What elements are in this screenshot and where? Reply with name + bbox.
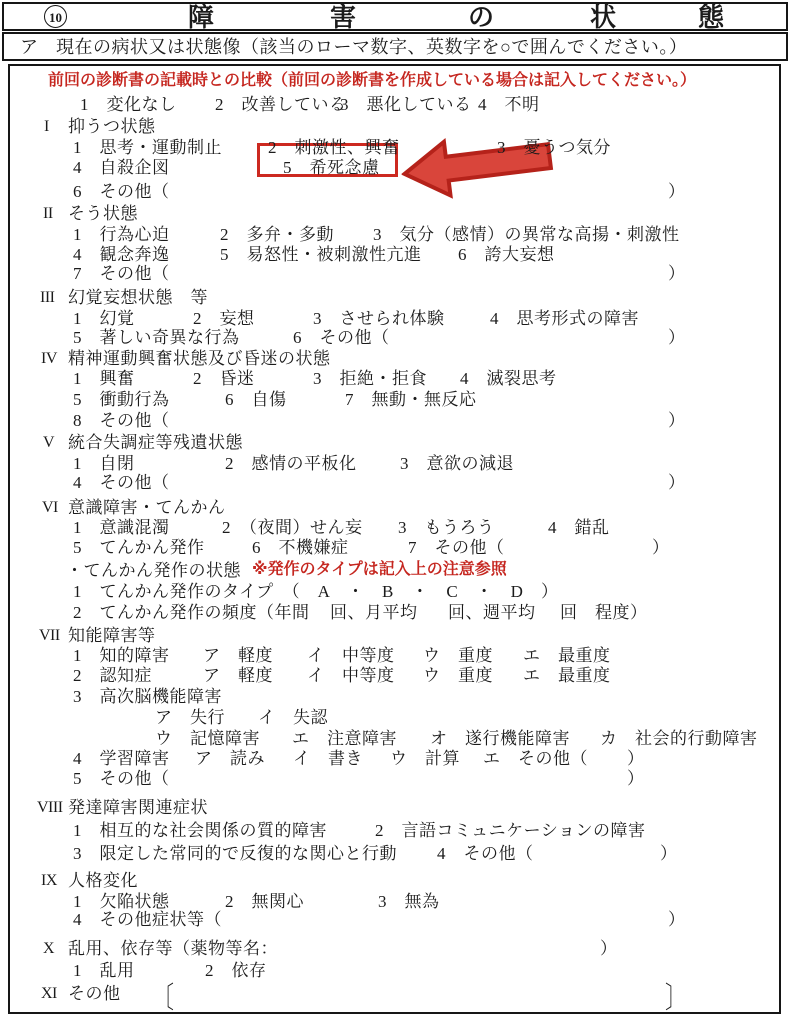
section-III-line-segment: 4 思考形式の障害 — [490, 308, 639, 329]
section-V-line-segment: 統合失調症等残遺状態 — [68, 432, 243, 453]
section-VI-line-segment: 回、週平均 — [448, 602, 536, 623]
section-VII-line-segment: ） — [627, 768, 645, 789]
section-VII-line-segment: ウ 記憶障害 — [155, 728, 260, 749]
section-XI-line-segment: XI — [41, 983, 57, 1004]
section-V-line-segment: 1 自閉 — [73, 453, 135, 474]
section-VI-line-segment: 3 もうろう — [398, 517, 495, 538]
section-VIII-line-segment: 発達障害関連症状 — [68, 797, 208, 818]
section-XI-line-segment: その他 — [68, 983, 121, 1004]
section-I-line-segment: 6 その他（ — [73, 181, 170, 202]
diagnosis-form-page: 10 障害の状態ア現在の病状又は状態像（該当のローマ数字、英数字を○で囲んでくだ… — [0, 0, 791, 1024]
section-X-line-segment: ） — [600, 938, 618, 959]
section-II-line-segment: 7 その他（ — [73, 263, 170, 284]
section-VII-line-segment: エ その他（ — [483, 748, 588, 769]
section-IV-line-segment: 6 自傷 — [225, 389, 287, 410]
section-VII-line-segment: ウ 重度 — [423, 645, 493, 666]
section-II-line-segment: 1 行為心迫 — [73, 224, 170, 245]
section-VI-line-segment: ・てんかん発作の状態 — [66, 560, 241, 581]
section-III-line-segment: 6 その他（ — [293, 327, 390, 348]
section-IV-line-segment: IV — [41, 348, 57, 369]
section-V-line-segment: 2 感情の平板化 — [225, 453, 357, 474]
section-VI-line-segment: VI — [42, 497, 58, 518]
header-title-box — [2, 2, 788, 31]
comparison-line-segment: 4 不明 — [478, 94, 540, 115]
section-VII-line-segment: オ 遂行機能障害 — [430, 728, 570, 749]
section-VI-line-segment: 7 その他（ — [408, 537, 505, 558]
section-VII-line-segment: ア 軽度 — [203, 665, 273, 686]
section-III-line-segment: 3 させられ体験 — [313, 308, 445, 329]
section-VI-line-segment: 1 てんかん発作のタイプ （ A ・ B ・ C ・ D ） — [73, 581, 558, 602]
section-II-line-segment: 3 気分（感情）の異常な高揚・刺激性 — [373, 224, 680, 245]
section-XI-line-segment: 〔 — [152, 983, 175, 1011]
subheader-segment: ア — [20, 37, 39, 58]
section-X-line-segment: 1 乱用 — [73, 960, 135, 981]
section-XI-line-segment: 〕 — [665, 983, 688, 1011]
section-X-line-segment: 2 依存 — [205, 960, 267, 981]
comparison-line-segment: 2 改善している — [215, 94, 347, 115]
section-VI-line-segment: 1 意識混濁 — [73, 517, 170, 538]
section-VIII-line-segment: VIII — [37, 797, 63, 818]
section-I-line-segment: 4 自殺企図 — [73, 157, 170, 178]
section-V-line-segment: ） — [668, 472, 686, 493]
section-VIII-line-segment: 1 相互的な社会関係の質的障害 — [73, 820, 327, 841]
section-IV-line-segment: ） — [668, 410, 686, 431]
header-title-segment: 障 — [188, 4, 215, 31]
section-VII-line-segment: 4 学習障害 — [73, 748, 170, 769]
section-I-line-segment: 3 憂うつ気分 — [497, 137, 611, 158]
section-I-line-segment: 1 思考・運動制止 — [73, 137, 222, 158]
section-VI-line-segment: ） — [652, 537, 670, 558]
section-II-line-segment: 4 観念奔逸 — [73, 244, 170, 265]
section-VII-line-segment: ウ 重度 — [423, 665, 493, 686]
section-IV-line-segment: 3 拒絶・拒食 — [313, 368, 427, 389]
section-II-line-segment: II — [43, 203, 53, 224]
section-VII-line-segment: ア 失行 — [155, 707, 225, 728]
section-V-line-segment: 4 その他（ — [73, 472, 170, 493]
section-VIII-line-segment: 4 その他（ — [437, 843, 534, 864]
section-I-line-segment: ） — [668, 181, 686, 202]
section-VII-line-segment: イ 中等度 — [307, 665, 395, 686]
section-VII-line-segment: 3 高次脳機能障害 — [73, 686, 222, 707]
section-IX-line-segment: IX — [41, 870, 57, 891]
section-I-line-segment: 5 希死念慮 — [283, 157, 380, 178]
section-VII-line-segment: 知能障害等 — [68, 625, 156, 646]
section-VII-line-segment: ） — [627, 748, 645, 769]
header-title-segment: 状 — [590, 4, 617, 31]
section-VII-line-segment: ア 読み — [195, 748, 265, 769]
section-VII-line-segment: イ 失認 — [258, 707, 328, 728]
header-title-segment: 態 — [698, 4, 725, 31]
section-IV-line-segment: 7 無動・無反応 — [345, 389, 477, 410]
section-VIII-line-segment: 3 限定した常同的で反復的な関心と行動 — [73, 843, 397, 864]
section-VII-line-segment: 1 知的障害 — [73, 645, 170, 666]
section-IV-line-segment: 2 昏迷 — [193, 368, 255, 389]
section-II-line-segment: ） — [668, 263, 686, 284]
section-III-line-segment: 幻覚妄想状態 等 — [68, 287, 208, 308]
header-title-segment: の — [468, 4, 495, 31]
section-VI-line-segment: 6 不機嫌症 — [252, 537, 349, 558]
section-III-line-segment: ） — [668, 327, 686, 348]
section-IV-line-segment: 4 滅裂思考 — [460, 368, 557, 389]
section-X-line-segment: X — [43, 938, 54, 959]
section-II-line-segment: 5 易怒性・被刺激性亢進 — [220, 244, 422, 265]
section-IX-line-segment: 2 無関心 — [225, 891, 304, 912]
section-VI-line-segment: ※発作のタイプは記入上の注意参照 — [252, 560, 507, 580]
section-III-line-segment: 1 幻覚 — [73, 308, 135, 329]
section-VII-line-segment: エ 注意障害 — [292, 728, 397, 749]
section-VII-line-segment: エ 最重度 — [523, 645, 611, 666]
section-I-line-segment: 2 刺激性、興奮 — [268, 137, 400, 158]
subheader-segment: 現在の病状又は状態像（該当のローマ数字、英数字を○で囲んでください。） — [56, 37, 687, 58]
section-VII-line-segment: ア 軽度 — [203, 645, 273, 666]
section-VI-line-segment: 意識障害・てんかん — [68, 497, 226, 518]
section-VII-line-segment: VII — [39, 625, 60, 646]
header-title-segment: 害 — [330, 4, 357, 31]
section-VII-line-segment: イ 書き — [293, 748, 363, 769]
comparison-line-segment: 1 変化なし — [80, 94, 177, 115]
section-II-line-segment: 2 多弁・多動 — [220, 224, 334, 245]
section-III-line-segment: III — [40, 287, 54, 308]
section-I-line-segment: 抑うつ状態 — [68, 116, 156, 137]
section-VI-line-segment: 4 錯乱 — [548, 517, 610, 538]
section-II-line-segment: 6 誇大妄想 — [458, 244, 555, 265]
section-I-line-segment: I — [44, 116, 49, 137]
section-VIII-line-segment: 2 言語コミュニケーションの障害 — [375, 820, 645, 841]
section-IV-line-segment: 精神運動興奮状態及び昏迷の状態 — [68, 348, 331, 369]
comparison-line-segment: 3 悪化している — [340, 94, 472, 115]
section-VI-line-segment: 回 程度） — [560, 602, 648, 623]
section-VI-line-segment: 2 （夜間）せん妄 — [222, 517, 363, 538]
section-VIII-line-segment: ） — [660, 843, 678, 864]
section-IX-line-segment: 4 その他症状等（ — [73, 909, 222, 930]
section-number-badge: 10 — [44, 5, 67, 28]
section-VI-line-segment: 2 てんかん発作の頻度（年間 — [73, 602, 310, 623]
section-IX-line-segment: 人格変化 — [68, 870, 138, 891]
comparison-line-segment: 前回の診断書の記載時との比較（前回の診断書を作成している場合は記入してください。… — [48, 71, 696, 91]
section-VII-line-segment: ウ 計算 — [390, 748, 460, 769]
section-VII-line-segment: 5 その他（ — [73, 768, 170, 789]
section-IV-line-segment: 8 その他（ — [73, 410, 170, 431]
section-VI-line-segment: 回、月平均 — [330, 602, 418, 623]
section-II-line-segment: そう状態 — [68, 203, 138, 224]
section-VII-line-segment: エ 最重度 — [523, 665, 611, 686]
section-X-line-segment: 乱用、依存等（薬物等名： — [68, 938, 278, 959]
section-IV-line-segment: 1 興奮 — [73, 368, 135, 389]
section-VI-line-segment: 5 てんかん発作 — [73, 537, 205, 558]
section-VII-line-segment: イ 中等度 — [307, 645, 395, 666]
section-IX-line-segment: ） — [668, 909, 686, 930]
section-III-line-segment: 5 著しい奇異な行為 — [73, 327, 240, 348]
section-V-line-segment: 3 意欲の減退 — [400, 453, 514, 474]
section-IV-line-segment: 5 衝動行為 — [73, 389, 170, 410]
section-IX-line-segment: 3 無為 — [378, 891, 440, 912]
section-V-line-segment: V — [43, 432, 54, 453]
section-VII-line-segment: カ 社会的行動障害 — [600, 728, 758, 749]
section-VII-line-segment: 2 認知症 — [73, 665, 152, 686]
section-III-line-segment: 2 妄想 — [193, 308, 255, 329]
